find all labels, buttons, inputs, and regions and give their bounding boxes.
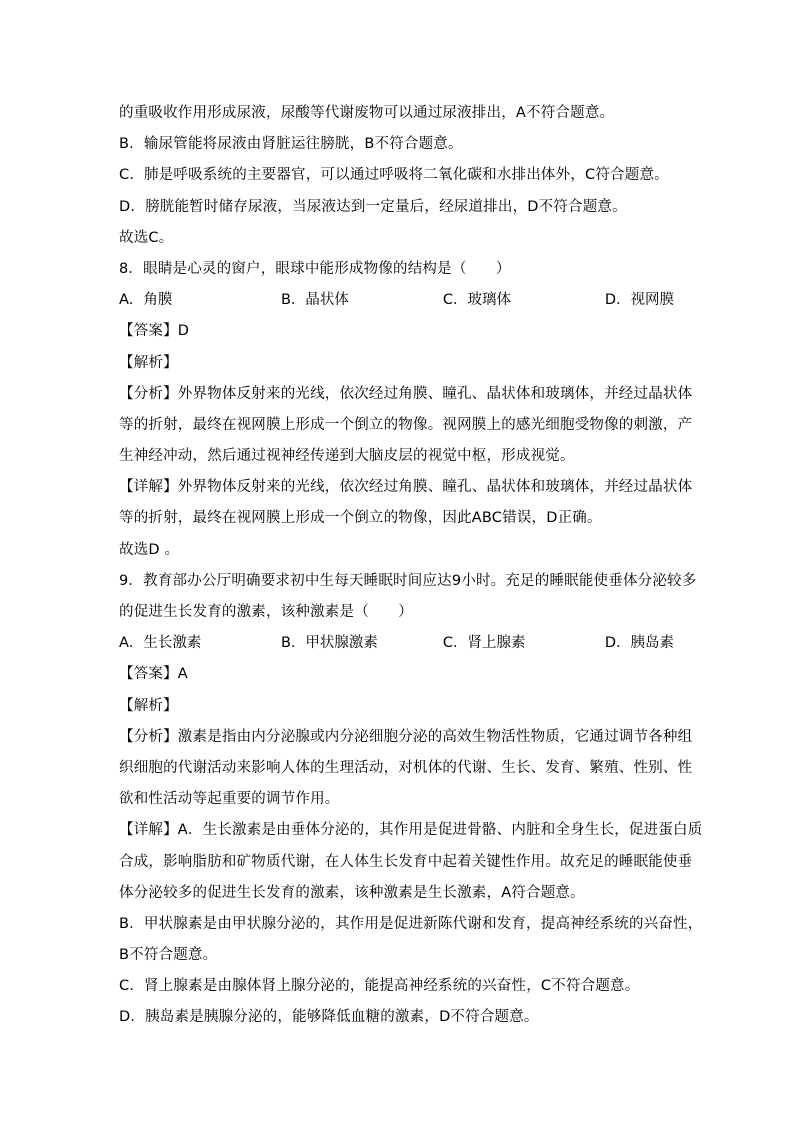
detail-line: 合成，影响脂肪和矿物质代谢，在人体生长发育中起着关键性作用。故充足的睡眠能使垂	[119, 847, 674, 878]
detail-line: B不符合题意。	[119, 940, 674, 971]
option-a: A．生长激素	[119, 628, 281, 659]
analysis-line: 生神经冲动，然后通过视神经传递到大脑皮层的视觉中枢，形成视觉。	[119, 441, 674, 472]
option-c: C．玻璃体	[443, 285, 605, 316]
option-d: D．视网膜	[605, 285, 674, 316]
option-d: D．胰岛素	[605, 628, 674, 659]
question-8-options: A．角膜 B．晶状体 C．玻璃体 D．视网膜	[119, 285, 674, 316]
detail-line: C．肾上腺素是由腺体肾上腺分泌的，能提高神经系统的兴奋性，C不符合题意。	[119, 971, 674, 1002]
conclusion-q7: 故选C。	[119, 223, 674, 254]
analysis-line: 织细胞的代谢活动来影响人体的生理活动，对机体的代谢、生长、发育、繁殖、性别、性	[119, 753, 674, 784]
detail-line: 体分泌较多的促进生长发育的激素，该种激素是生长激素，A符合题意。	[119, 878, 674, 909]
text-line: C．肺是呼吸系统的主要器官，可以通过呼吸将二氧化碳和水排出体外，C符合题意。	[119, 160, 674, 191]
detail-line: D．胰岛素是胰腺分泌的，能够降低血糖的激素，D不符合题意。	[119, 1002, 674, 1033]
document-content: 的重吸收作用形成尿液，尿酸等代谢废物可以通过尿液排出，A不符合题意。 B．输尿管…	[119, 98, 674, 1034]
text-line: B．输尿管能将尿液由肾脏运往膀胱，B不符合题意。	[119, 129, 674, 160]
detail-line: 【详解】A．生长激素是由垂体分泌的，其作用是促进骨骼、内脏和全身生长，促进蛋白质	[119, 815, 674, 846]
analysis-line: 【分析】外界物体反射来的光线，依次经过角膜、瞳孔、晶状体和玻璃体，并经过晶状体	[119, 379, 674, 410]
analysis-header-q9: 【解析】	[119, 691, 674, 722]
analysis-line: 欲和性活动等起重要的调节作用。	[119, 784, 674, 815]
option-b: B．甲状腺激素	[281, 628, 443, 659]
detail-line: 【详解】外界物体反射来的光线，依次经过角膜、瞳孔、晶状体和玻璃体，并经过晶状体	[119, 472, 674, 503]
analysis-line: 【分析】激素是指由内分泌腺或内分泌细胞分泌的高效生物活性物质，它通过调节各种组	[119, 722, 674, 753]
conclusion-q8: 故选D 。	[119, 535, 674, 566]
question-9-stem: 的促进生长发育的激素，该种激素是（ ）	[119, 597, 674, 628]
analysis-header-q8: 【解析】	[119, 348, 674, 379]
text-line: 的重吸收作用形成尿液，尿酸等代谢废物可以通过尿液排出，A不符合题意。	[119, 98, 674, 129]
text-line: D．膀胱能暂时储存尿液，当尿液达到一定量后，经尿道排出，D不符合题意。	[119, 192, 674, 223]
analysis-line: 等的折射，最终在视网膜上形成一个倒立的物像。视网膜上的感光细胞受物像的刺激，产	[119, 410, 674, 441]
question-9-options: A．生长激素 B．甲状腺激素 C．肾上腺素 D．胰岛素	[119, 628, 674, 659]
question-9-stem: 9．教育部办公厅明确要求初中生每天睡眠时间应达9小时。充足的睡眠能使垂体分泌较多	[119, 566, 674, 597]
detail-line: 等的折射，最终在视网膜上形成一个倒立的物像，因此ABC错误，D正确。	[119, 503, 674, 534]
detail-line: B．甲状腺素是由甲状腺分泌的，其作用是促进新陈代谢和发育，提高神经系统的兴奋性，	[119, 909, 674, 940]
document-page: 的重吸收作用形成尿液，尿酸等代谢废物可以通过尿液排出，A不符合题意。 B．输尿管…	[0, 0, 794, 1123]
option-c: C．肾上腺素	[443, 628, 605, 659]
question-8-stem: 8．眼睛是心灵的窗户，眼球中能形成物像的结构是（ ）	[119, 254, 674, 285]
answer-q9: 【答案】A	[119, 659, 674, 690]
option-b: B．晶状体	[281, 285, 443, 316]
option-a: A．角膜	[119, 285, 281, 316]
answer-q8: 【答案】D	[119, 316, 674, 347]
